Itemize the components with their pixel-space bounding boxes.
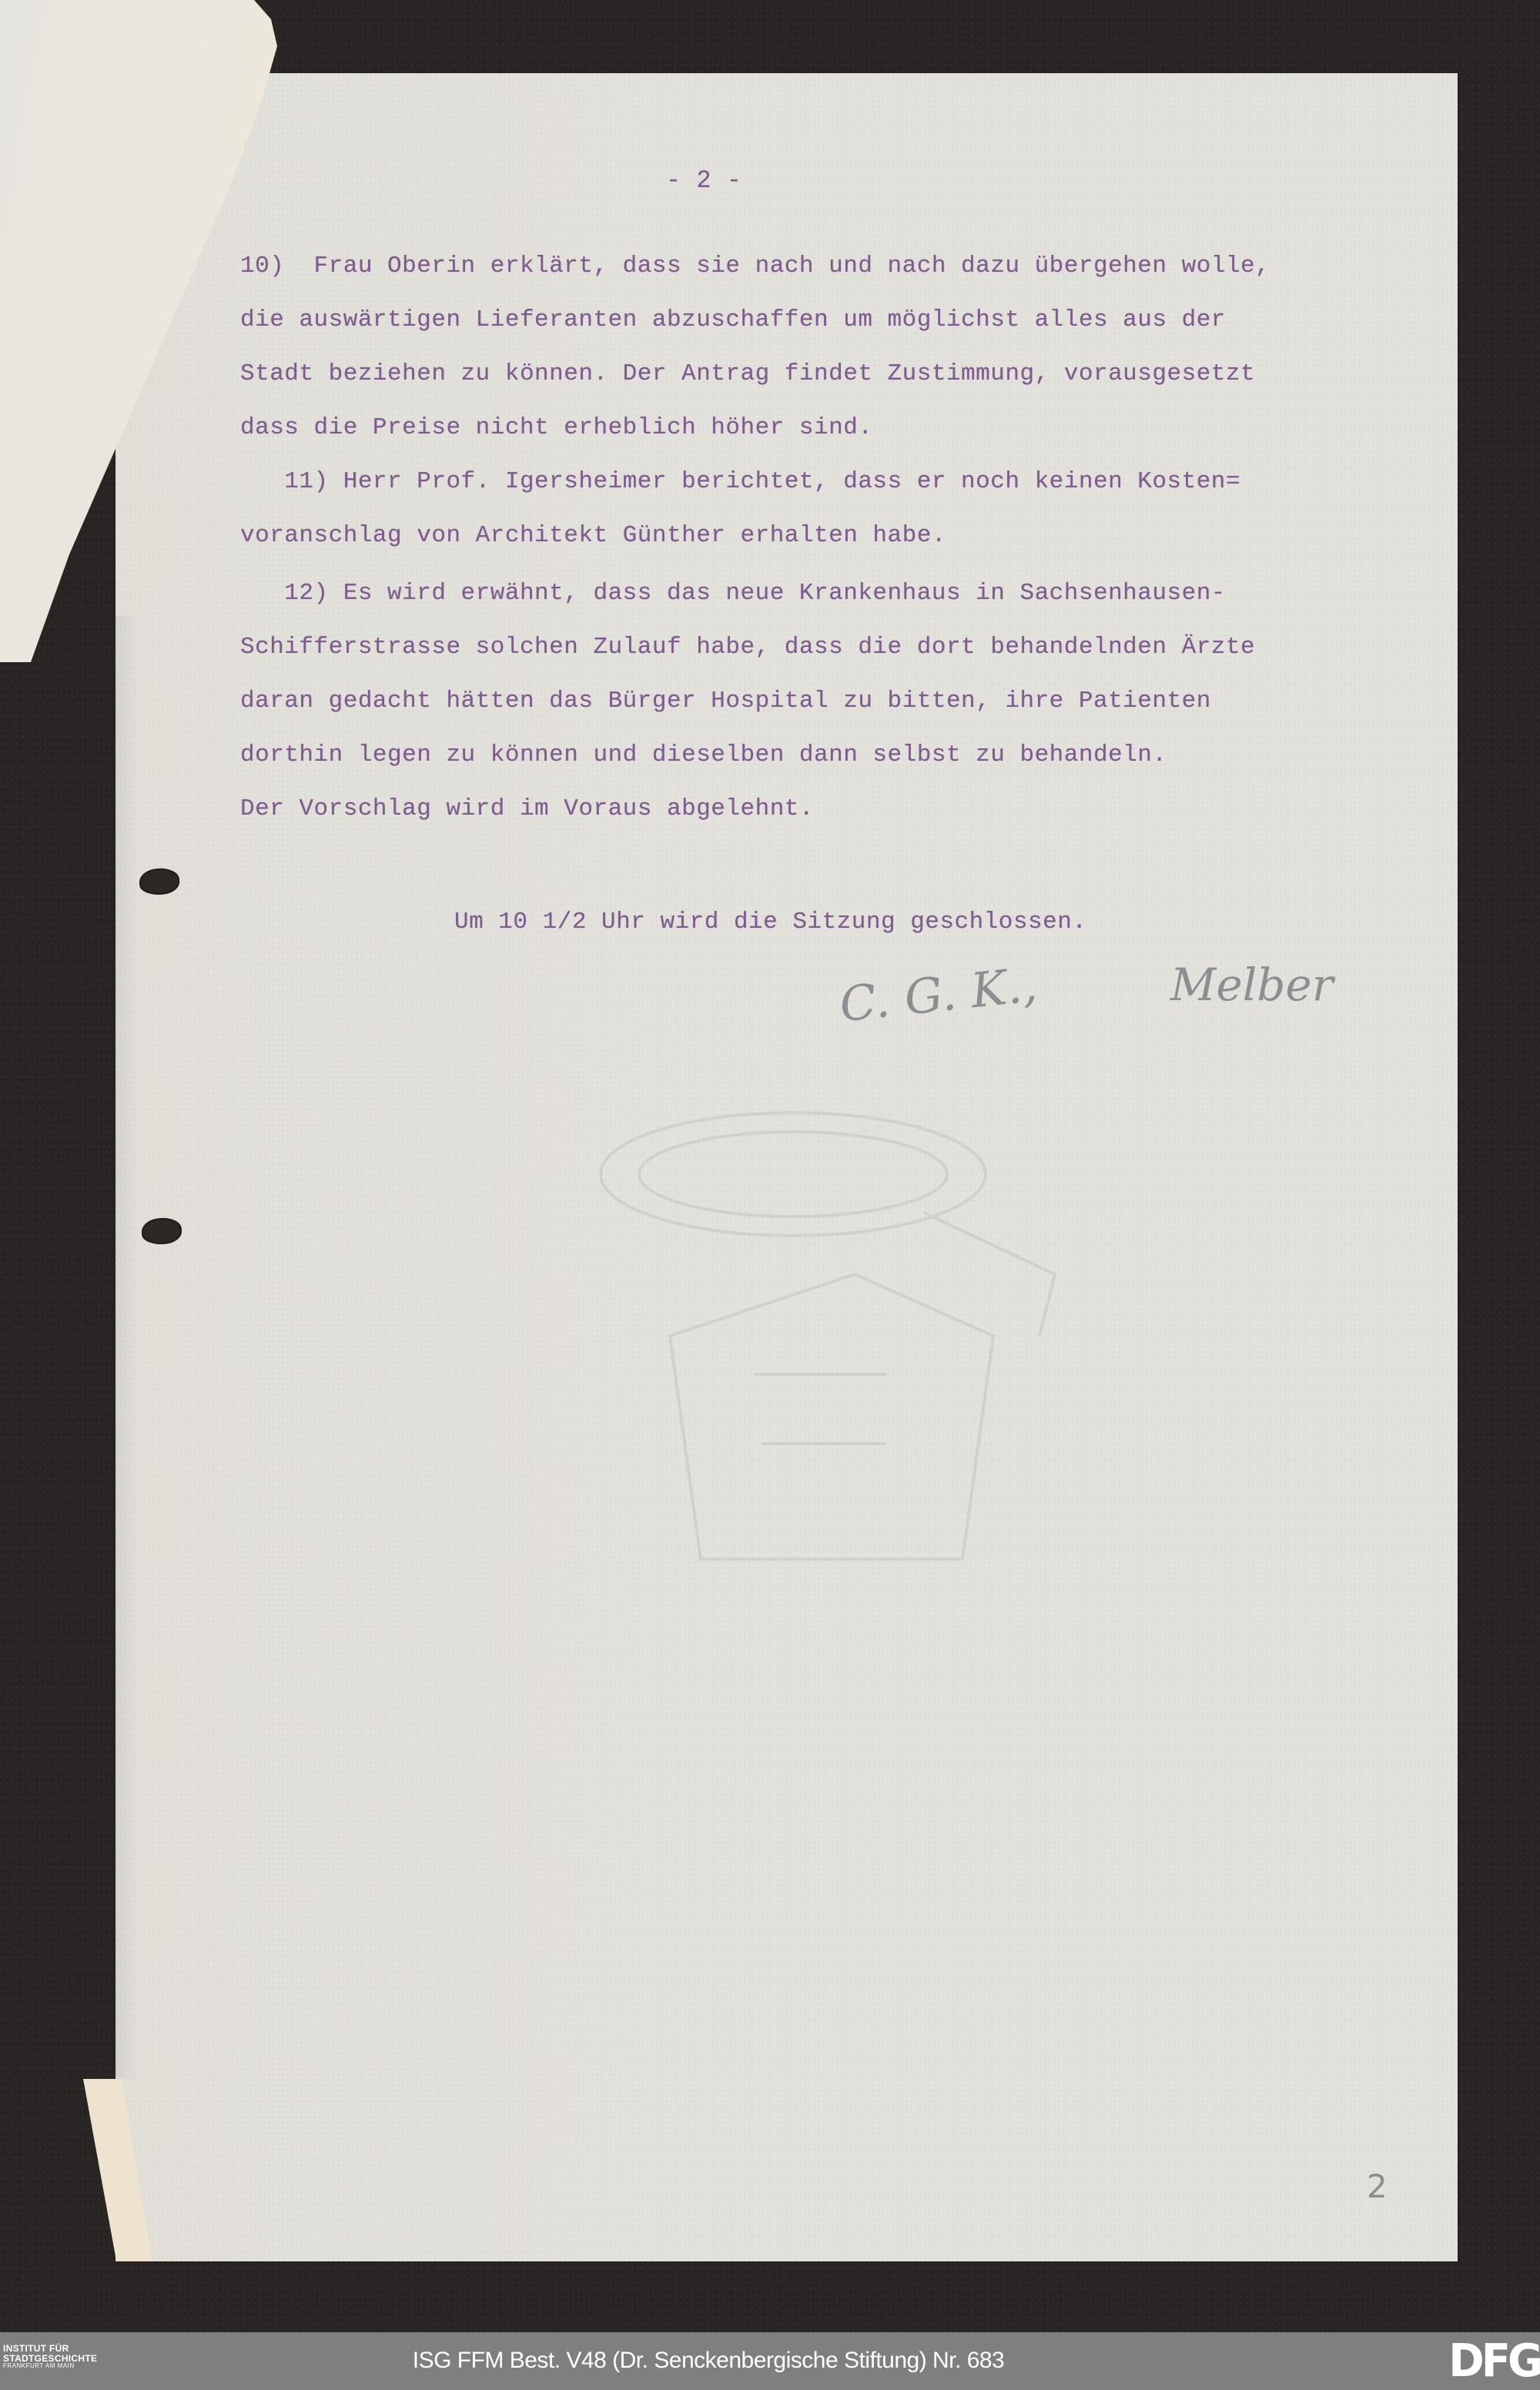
signature-melber: Melber xyxy=(1170,959,1333,1011)
text-line: 10) Frau Oberin erklärt, dass sie nach u… xyxy=(240,253,1270,280)
dfg-logo: DFG xyxy=(1448,2345,1540,2378)
faded-stamp-impression xyxy=(562,1082,1147,1575)
text-line: voranschlag von Architekt Günther erhalt… xyxy=(240,522,946,549)
text-line: Der Vorschlag wird im Voraus abgelehnt. xyxy=(240,795,814,822)
text-line: 12) Es wird erwähnt, dass das neue Krank… xyxy=(240,580,1226,607)
lower-sheet-corner xyxy=(83,2079,152,2261)
previous-page-edge xyxy=(0,0,293,2271)
archive-footer-bar: INSTITUT FÜR STADTGESCHICHTE FRANKFURT A… xyxy=(0,2332,1540,2390)
closing-line: Um 10 1/2 Uhr wird die Sitzung geschloss… xyxy=(454,909,1086,936)
pencil-page-number: 2 xyxy=(1367,2167,1388,2205)
archive-caption: ISG FFM Best. V48 (Dr. Senckenbergische … xyxy=(0,2348,1540,2374)
document-page xyxy=(115,73,1458,2261)
text-line: Schifferstrasse solchen Zulauf habe, das… xyxy=(240,634,1255,661)
curled-previous-sheet xyxy=(0,0,277,662)
text-line: dorthin legen zu können und dieselben da… xyxy=(240,741,1167,768)
text-line: dass die Preise nicht erheblich höher si… xyxy=(240,414,872,441)
text-line: 11) Herr Prof. Igersheimer berichtet, da… xyxy=(240,468,1240,495)
text-line: die auswärtigen Lieferanten abzuschaffen… xyxy=(240,306,1226,333)
text-line: daran gedacht hätten das Bürger Hospital… xyxy=(240,688,1211,715)
page-header-number: - 2 - xyxy=(666,166,742,195)
text-line: Stadt beziehen zu können. Der Antrag fin… xyxy=(240,360,1255,387)
caption-text: ISG FFM Best. V48 (Dr. Senckenbergische … xyxy=(413,2348,1005,2373)
